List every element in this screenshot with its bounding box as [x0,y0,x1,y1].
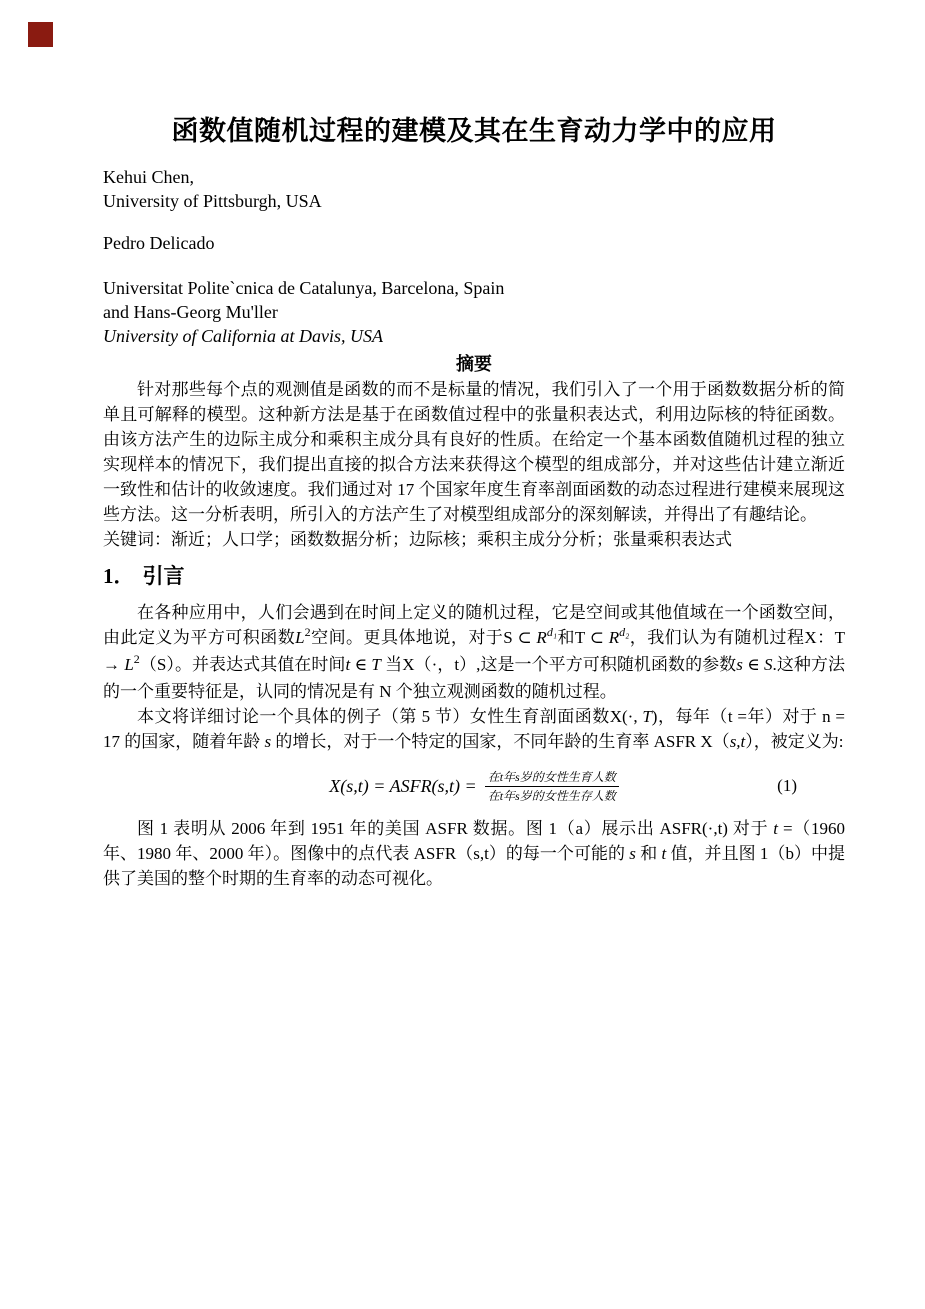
author-block: Kehui Chen, University of Pittsburgh, US… [103,165,845,348]
affiliation-catalunya: Universitat Polite`cnica de Catalunya, B… [103,276,845,300]
intro-paragraph-3: 图 1 表明从 2006 年到 1951 年的美国 ASFR 数据。图 1（a）… [103,816,845,891]
page-content: 函数值随机过程的建模及其在生育动力学中的应用 Kehui Chen, Unive… [103,0,845,891]
paper-title: 函数值随机过程的建模及其在生育动力学中的应用 [103,114,845,148]
fraction-denominator: 在t年s岁的女性生存人数 [485,787,619,804]
section-1-heading: 1．引言 [103,561,845,591]
equation-number: (1) [777,776,797,796]
equation-1: X(s,t) = ASFR(s,t) = 在t年s岁的女性生育人数 在t年s岁的… [103,760,845,812]
intro-paragraph-1: 在各种应用中，人们会遇到在时间上定义的随机过程，它是空间或其他值域在一个函数空间… [103,600,845,704]
affiliation-pittsburgh: University of Pittsburgh, USA [103,189,845,213]
equation-left-side: X(s,t) = ASFR(s,t) = [329,776,476,797]
author-name-kehui-chen: Kehui Chen, [103,165,845,189]
author-name-hans-georg-muller: and Hans-Georg Mu'ller [103,300,845,324]
equation-fraction: 在t年s岁的女性生育人数 在t年s岁的女性生存人数 [485,769,619,804]
intro-paragraph-2: 本文将详细讨论一个具体的例子（第 5 节）女性生育剖面函数X(·, T)，每年（… [103,704,845,754]
section-number: 1． [103,564,135,588]
keywords-line: 关键词：渐近；人口学；函数数据分析；边际核；乘积主成分分析；张量乘积表达式 [103,527,845,552]
paragraph-spacer [103,591,845,600]
author-name-pedro-delicado: Pedro Delicado [103,231,845,255]
section-title: 引言 [143,564,185,588]
author-block-spacer [103,255,845,276]
abstract-body: 针对那些每个点的观测值是函数的而不是标量的情况，我们引入了一个用于函数数据分析的… [103,377,845,527]
abstract-heading: 摘要 [103,352,845,377]
fraction-numerator: 在t年s岁的女性生育人数 [485,769,619,787]
document-page: 函数值随机过程的建模及其在生育动力学中的应用 Kehui Chen, Unive… [0,0,925,1309]
affiliation-davis: University of California at Davis, USA [103,324,845,348]
red-corner-marker [28,22,53,47]
author-block-spacer [103,213,845,231]
